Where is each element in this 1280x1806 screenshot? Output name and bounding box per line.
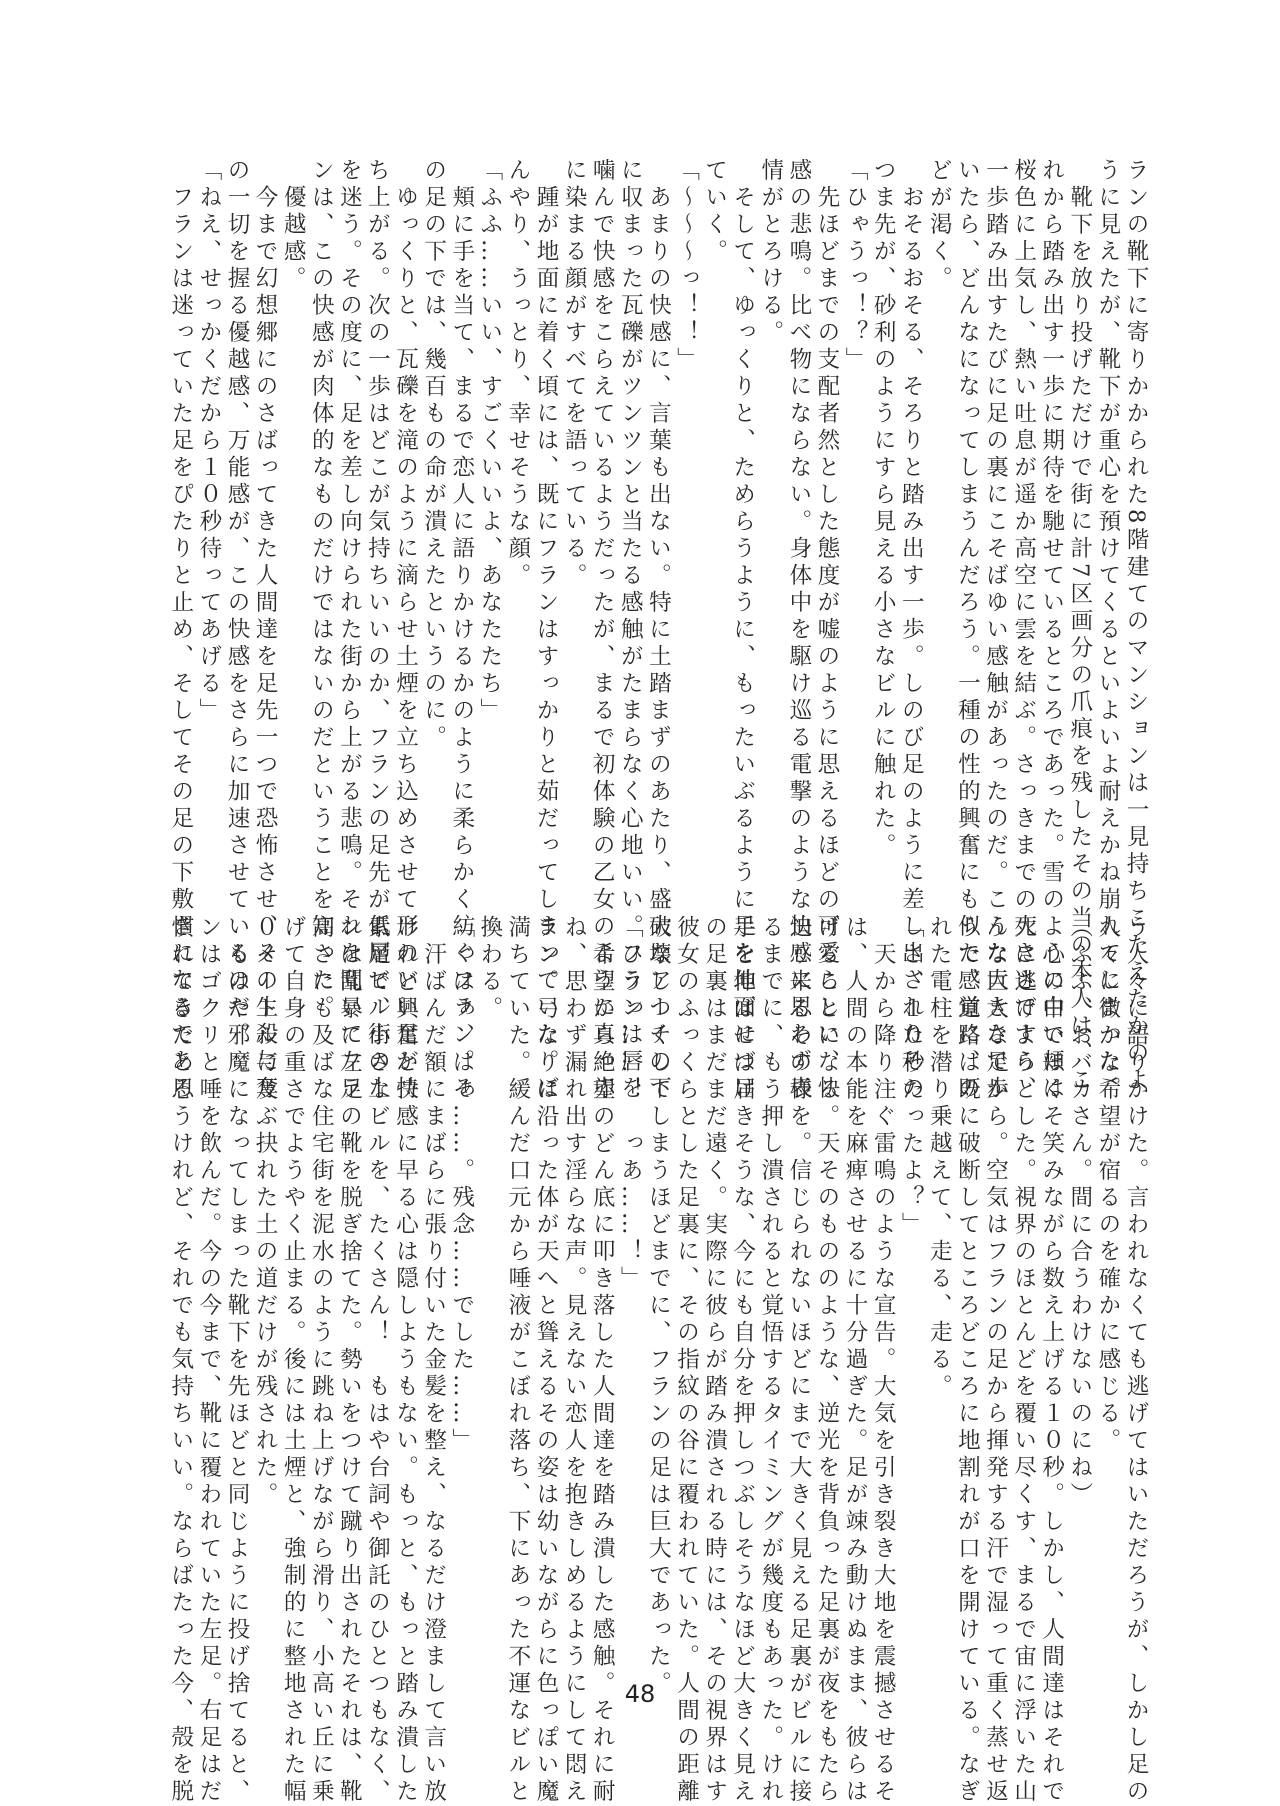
- text-line: れた電柱を潜り乗越えて、走る、走る。: [925, 915, 953, 1695]
- text-line: 高さにも及ばな住宅街を泥水のように跳ね上げながら滑り、小高い丘に乗り上: [307, 915, 335, 1695]
- text-line: 「ねえ、せっかくだから１０秒待ってあげる」: [195, 158, 223, 938]
- text-line: 今まで幻想郷にのさばってきた人間達を足先一つで恐怖させ、その生殺与奪: [251, 158, 279, 938]
- text-line: もはや邪魔になってしまった靴下を先ほどと同じように投げ捨てると、フラ: [223, 915, 251, 1695]
- text-line: ランの靴下に寄りかかられた8階建てのマンションは一見持ちこたえたかのよ: [1122, 158, 1150, 938]
- text-line: 感の悲鳴。比べ物にならない。身体中を駆け巡る電撃のような快感に思わず表: [785, 158, 813, 938]
- text-line: 「ひうっ……！ っあ……！」: [616, 915, 644, 1695]
- text-line: 靴下を放り投げただけで街に計7区画分の爪痕を残したその当の本人は、こ: [1066, 158, 1094, 938]
- text-line: おそるおそる、そろりと踏み出す一歩。しのび足のように差し出されたその: [897, 158, 925, 938]
- text-line: 人々に微かな希望が宿るのを確かに感じる。: [1094, 915, 1122, 1695]
- text-line: ね、思わず漏れ出す淫らな声。見えない恋人を抱きしめるようにして悶えるフ: [560, 915, 588, 1695]
- text-line: 頬に手を当て、まるで恋人に語りかけるかのように柔らかく紡ぐフラン。そ: [448, 158, 476, 938]
- text-line: けれど興奮と快感に早る心は隠しようもない。もっと、もっと踏み潰したい！: [391, 915, 419, 1695]
- text-line: 噛んで快感をこらえているようだったが、まるで初体験の乙女のように真っ赤: [588, 158, 616, 938]
- text-line: 一歩踏み出すたびに足の裏にこそばゆい感触があったのだ。こんな大きさで歩: [981, 158, 1009, 938]
- text-line: あまりの快感に、言葉も出ない。特に土踏まずのあたり、盛大なアーチの下: [644, 158, 672, 938]
- text-line: つま先が、砂利のようにすら見える小さなビルに触れた。: [869, 158, 897, 938]
- text-line: れから踏み出す一歩に期待を馳せているところであった。雪のように白い頬は: [1038, 158, 1066, 938]
- text-line: 換わる。: [476, 915, 504, 1695]
- text-line: 心の中でほくそ笑みながら数え上げる１０秒。しかし、人間達はそれでも必: [1038, 915, 1066, 1695]
- text-line: んやり、うっとり、幸せそうな顔。: [504, 158, 532, 938]
- text-line: 「さ、１０秒たったよ？」: [897, 915, 925, 1695]
- text-line: げることになる。天そのもののような、逆光を背負った足裏が夜をもたらして: [813, 915, 841, 1695]
- text-line: ラン。弓なりに沿った体が天へと聳えるその姿は幼いながらに色っぽい魔性に: [532, 915, 560, 1695]
- text-line: 「ひゃうっ！？」: [841, 158, 869, 938]
- text-line: の足裏はまだまだ遠く。実際に彼らが踏み潰される時には、その視界はすべて、: [701, 915, 729, 1695]
- text-line: に染まる顔がすべてを語っている。: [560, 158, 588, 938]
- text-line: に収まった瓦礫がツンツンと当たる感触がたまらなく心地いい。フランは唇を: [616, 158, 644, 938]
- text-line: の足の下では、幾百もの命が潰えたというのに。: [420, 158, 448, 938]
- lower-text-block: う人々に語りかけた。言われなくても逃げてはいただろうが、しかし足の下の人々に微か…: [138, 915, 1150, 1675]
- text-line: ていく。: [701, 158, 729, 938]
- text-line: う人々に語りかけた。言われなくても逃げてはいただろうが、しかし足の下の: [1122, 915, 1150, 1695]
- text-line: 優越感。: [279, 158, 307, 938]
- text-line: 手を伸ばせば届きそうな、今にも自分を押しつぶしそうなほど大きく見えるそ: [729, 915, 757, 1695]
- text-line: ち上がる。次の一歩はどこが気持ちいいのか、フランの足先が低層ビル街の上: [363, 158, 391, 938]
- text-line: げて自身の重さでようやく止まる。後には土煙と、強制的に整地された幅１０: [279, 915, 307, 1695]
- text-line: ０メートルに及ぶ抉れた土の道だけが残された。: [251, 915, 279, 1695]
- text-line: は、人間の本能を麻痺させるに十分過ぎた。足が竦み動けぬまま、彼らは見上: [841, 915, 869, 1695]
- text-line: 情がとろける。: [757, 158, 785, 938]
- text-line: 満ちていた。緩んだ口元から唾液がこぼれ落ち、下にあった不運なビルと置き: [504, 915, 532, 1695]
- text-line: 死に逃げようとした。視界のほとんどを覆い尽くす、まるで宙に浮いた山のよ: [1010, 915, 1038, 1695]
- upper-text-block: ランの靴下に寄りかかられた8階建てのマンションは一見持ちこたえたかのように見えた…: [138, 158, 1150, 918]
- text-line: そして、ゆっくりと、ためらうように、もったいぶるように足を地面につけ: [729, 158, 757, 938]
- text-line: 桜色に上気し、熱い吐息が遥か高空に雲を結ぶ。さっきまでの大きさですら、: [1010, 158, 1038, 938]
- page-number: 48: [0, 1680, 1280, 1708]
- book-page: ランの靴下に寄りかかられた8階建てのマンションは一見持ちこたえたかのように見えた…: [0, 0, 1280, 1806]
- text-line: 「ふふ……いい、すごくいいよ、あなたたち」: [476, 158, 504, 938]
- text-line: ンは乱暴に左足の靴を脱ぎ捨てた。勢いをつけて蹴り出されたそれは、靴底の: [335, 915, 363, 1695]
- text-line: 彼女のふっくらとした足裏に、その指紋の谷に覆われていた。人間の距離感を: [672, 915, 700, 1695]
- text-line: ゆっくりと、瓦礫を滝のように滴らせ土煙を立ち込めさせて形のいい足が持: [391, 158, 419, 938]
- text-line: うに見えたが、靴下が重心を預けてくるといよいよ耐えかね崩れてしまった。: [1094, 158, 1122, 938]
- text-line: 「っはぁ、はぁ……。残念……でした……」: [448, 915, 476, 1695]
- text-line: 「〜〜〜っ！！」: [672, 158, 700, 938]
- text-line: うで、道路は既に破断してところどころに地割れが口を開けている。なぎ倒さ: [953, 915, 981, 1695]
- text-line: るまでに、もう押し潰されると覚悟するタイミングが幾度もあった。けれど、: [757, 915, 785, 1695]
- text-line: （ふふ、おバカさん。間に合うわけないのにね）: [1066, 915, 1094, 1695]
- text-line: の一切を握る優越感、万能感が、この快感をさらに加速させているのだ。: [223, 158, 251, 938]
- text-line: を迷う。その度に、足を差し向けられた街から上がる悲鳴。それを聞いてフラ: [335, 158, 363, 938]
- text-line: 天から降り注ぐ雷鳴のような宣告。大気を引き裂き大地を震撼させるその声: [869, 915, 897, 1695]
- text-line: いたら、どんなになってしまうんだろう。一種の性的興奮にも似た感覚に、の: [953, 158, 981, 938]
- text-line: 汗ばんだ額にまばらに張り付いた金髪を整え、なるだけ澄まして言い放つ。: [420, 915, 448, 1695]
- text-line: 破壊しつくしてしまうほどまでに、フランの足は巨大であった。: [644, 915, 672, 1695]
- text-line: ンは、この快感が肉体的なものだけではないのだということを知った。: [307, 158, 335, 938]
- text-line: 迫り来るその様を。信じられないほどにまで大きく見える足裏がビルに接触す: [785, 915, 813, 1695]
- text-line: どが渇く。: [925, 158, 953, 938]
- text-line: 素足で、小さなビルを、たくさん！ もはや台詞や御託のひとつもなく、フラ: [363, 915, 391, 1695]
- text-line: 踵が地面に着く頃には、既にフランはすっかりと茹だってしまっていた。ぼ: [532, 158, 560, 938]
- text-line: フランは迷っていた足をぴたりと止め、そしてその足の下敷きになるであろ: [167, 158, 195, 938]
- text-line: ンはゴクリと唾を飲んだ。今の今まで、靴に覆われていた左足。右足はだいぶ: [195, 915, 223, 1695]
- text-line: うな巨大な足から。空気はフランの足から揮発する汗で湿って重く蒸せ返るよ: [981, 915, 1009, 1695]
- text-line: 希望から絶望のどん底に叩き落した人間達を踏み潰した感触。それに耐えか: [588, 915, 616, 1695]
- text-line: 先ほどまでの支配者然とした態度が嘘のように思えるほどの可愛らしい、快: [813, 158, 841, 938]
- text-line: 慣れてきたと思うけれど、それでも気持ちいい。ならばたった今、殻を脱ぎ捨: [167, 915, 195, 1695]
